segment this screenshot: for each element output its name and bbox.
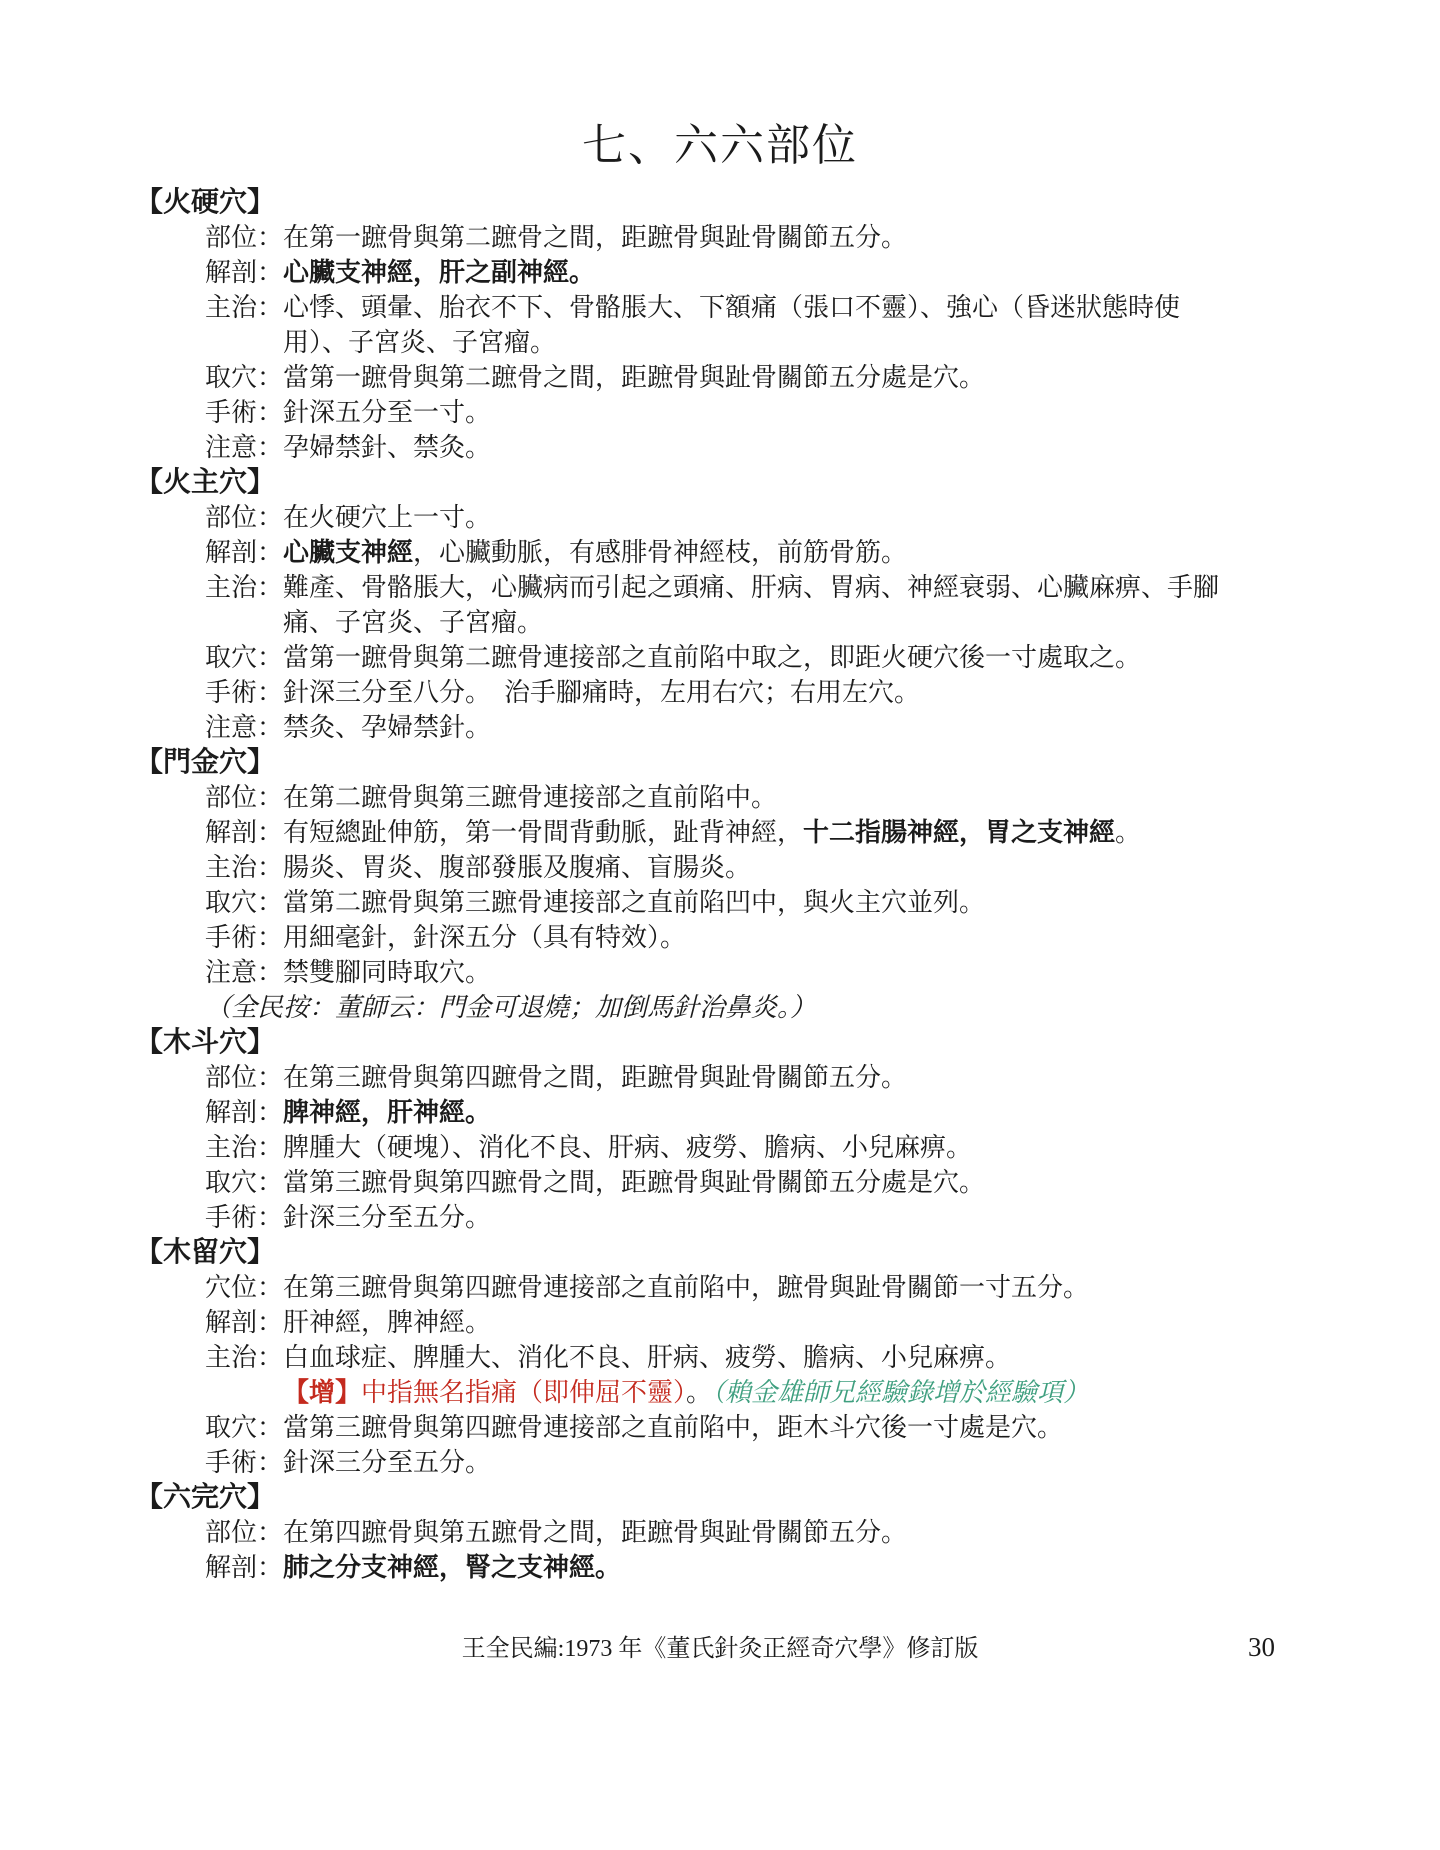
section-header: 【六完穴】 [135,1480,1340,1515]
text-segment: 孕婦禁針、禁灸。 [283,433,491,462]
field-value: 針深三分至五分。 [283,1203,491,1232]
field-value: 心悸、頭暈、胎衣不下、骨骼脹大、下額痛（張口不靈）、強心（昏迷狀態時使 用）、子… [283,293,1180,357]
acupoint-section: 【火硬穴】部位：在第一蹠骨與第二蹠骨之間，距蹠骨與趾骨關節五分。解剖：心臟支神經… [135,185,1340,465]
field-value: 針深三分至五分。 [283,1448,491,1477]
field-label: 解剖： [205,818,283,847]
text-segment: 中指無名指痛（即伸屈不靈） [361,1378,686,1407]
field-row: 注意：孕婦禁針、禁灸。 [135,430,1340,465]
field-label: 主治： [205,1133,283,1162]
field-label: 取穴： [205,1413,283,1442]
field-row: 取穴：當第一蹠骨與第二蹠骨連接部之直前陷中取之，即距火硬穴後一寸處取之。 [135,640,1340,675]
field-label: 部位： [205,503,283,532]
text-segment: 【增】 [283,1378,361,1407]
acupoint-section: 【火主穴】部位：在火硬穴上一寸。解剖：心臟支神經，心臟動脈，有感腓骨神經枝，前筋… [135,465,1340,745]
text-segment: 針深三分至八分。 治手腳痛時，左用右穴；右用左穴。 [283,678,920,707]
field-value: 在第三蹠骨與第四蹠骨連接部之直前陷中，蹠骨與趾骨關節一寸五分。 [283,1273,1089,1302]
field-value: 禁雙腳同時取穴。 [283,958,491,987]
field-value: 當第三蹠骨與第四蹠骨之間，距蹠骨與趾骨關節五分處是穴。 [283,1168,985,1197]
field-label: 手術： [205,1448,283,1477]
text-segment: 當第二蹠骨與第三蹠骨連接部之直前陷凹中，與火主穴並列。 [283,888,985,917]
field-value: 脾神經，肝神經。 [283,1098,491,1127]
field-row: 注意：禁灸、孕婦禁針。 [135,710,1340,745]
field-row: 取穴：當第三蹠骨與第四蹠骨連接部之直前陷中，距木斗穴後一寸處是穴。 [135,1410,1340,1445]
text-segment: 難產、骨骼脹大，心臟病而引起之頭痛、肝病、胃病、神經衰弱、心臟麻痹、手腳 痛、子… [283,573,1219,637]
text-segment: 針深三分至五分。 [283,1448,491,1477]
field-label: 手術： [205,1203,283,1232]
field-label: 解剖： [205,1098,283,1127]
text-segment: 當第三蹠骨與第四蹠骨連接部之直前陷中，距木斗穴後一寸處是穴。 [283,1413,1063,1442]
text-segment: 白血球症、脾腫大、消化不良、肝病、疲勞、膽病、小兒麻痹。 [283,1343,1011,1372]
text-segment: 腸炎、胃炎、腹部發脹及腹痛、盲腸炎。 [283,853,751,882]
field-value: 在火硬穴上一寸。 [283,503,491,532]
text-segment: 在第四蹠骨與第五蹠骨之間，距蹠骨與趾骨關節五分。 [283,1518,907,1547]
field-row: 手術：針深三分至五分。 [135,1200,1340,1235]
field-row: 部位：在第二蹠骨與第三蹠骨連接部之直前陷中。 [135,780,1340,815]
field-row: 主治：腸炎、胃炎、腹部發脹及腹痛、盲腸炎。 [135,850,1340,885]
field-value: （全民按：董師云：門金可退燒；加倒馬針治鼻炎。） [205,993,816,1022]
field-label: 取穴： [205,888,283,917]
text-segment: 針深五分至一寸。 [283,398,491,427]
field-row: 主治：心悸、頭暈、胎衣不下、骨骼脹大、下額痛（張口不靈）、強心（昏迷狀態時使 用… [135,290,1340,360]
field-row: 取穴：當第一蹠骨與第二蹠骨之間，距蹠骨與趾骨關節五分處是穴。 [135,360,1340,395]
field-label: 手術： [205,398,283,427]
content-area: 【火硬穴】部位：在第一蹠骨與第二蹠骨之間，距蹠骨與趾骨關節五分。解剖：心臟支神經… [135,185,1340,1585]
field-row: 手術：針深三分至五分。 [135,1445,1340,1480]
footer-credit: 王全民編:1973 年《董氏針灸正經奇穴學》修訂版 [0,1632,1440,1667]
field-row: （全民按：董師云：門金可退燒；加倒馬針治鼻炎。） [135,990,1340,1025]
field-label: 手術： [205,923,283,952]
field-value: 白血球症、脾腫大、消化不良、肝病、疲勞、膽病、小兒麻痹。 [283,1343,1011,1372]
acupoint-section: 【六完穴】部位：在第四蹠骨與第五蹠骨之間，距蹠骨與趾骨關節五分。解剖：肺之分支神… [135,1480,1340,1585]
text-segment: 在火硬穴上一寸。 [283,503,491,532]
field-label: 取穴： [205,643,283,672]
field-row: 解剖：心臟支神經，肝之副神經。 [135,255,1340,290]
acupoint-section: 【門金穴】部位：在第二蹠骨與第三蹠骨連接部之直前陷中。解剖：有短總趾伸筋，第一骨… [135,745,1340,1025]
field-label: 取穴： [205,363,283,392]
field-label: 部位： [205,223,283,252]
text-segment: 當第一蹠骨與第二蹠骨之間，距蹠骨與趾骨關節五分處是穴。 [283,363,985,392]
field-row: 解剖：有短總趾伸筋，第一骨間背動脈，趾背神經，十二指腸神經，胃之支神經。 [135,815,1340,850]
text-segment: 針深三分至五分。 [283,1203,491,1232]
document-page: 七、六六部位 【火硬穴】部位：在第一蹠骨與第二蹠骨之間，距蹠骨與趾骨關節五分。解… [0,0,1440,1850]
field-value: 在第三蹠骨與第四蹠骨之間，距蹠骨與趾骨關節五分。 [283,1063,907,1092]
field-value: 當第一蹠骨與第二蹠骨之間，距蹠骨與趾骨關節五分處是穴。 [283,363,985,392]
page-title: 七、六六部位 [0,0,1440,173]
section-header: 【火主穴】 [135,465,1340,500]
text-segment: 禁灸、孕婦禁針。 [283,713,491,742]
section-header: 【木斗穴】 [135,1025,1340,1060]
text-segment: 在第二蹠骨與第三蹠骨連接部之直前陷中。 [283,783,777,812]
page-number: 30 [1248,1630,1275,1665]
field-row: 主治：白血球症、脾腫大、消化不良、肝病、疲勞、膽病、小兒麻痹。 [135,1340,1340,1375]
field-row: 取穴：當第三蹠骨與第四蹠骨之間，距蹠骨與趾骨關節五分處是穴。 [135,1165,1340,1200]
field-label: 注意： [205,433,283,462]
text-segment: 脾腫大（硬塊）、消化不良、肝病、疲勞、膽病、小兒麻痹。 [283,1133,972,1162]
field-label: 解剖： [205,1553,283,1582]
field-value: 心臟支神經，肝之副神經。 [283,258,595,287]
field-value: 針深三分至八分。 治手腳痛時，左用右穴；右用左穴。 [283,678,920,707]
field-row: 主治：難產、骨骼脹大，心臟病而引起之頭痛、肝病、胃病、神經衰弱、心臟麻痹、手腳 … [135,570,1340,640]
field-label: 手術： [205,678,283,707]
field-value: 腸炎、胃炎、腹部發脹及腹痛、盲腸炎。 [283,853,751,882]
field-label: 取穴： [205,1168,283,1197]
field-label: 注意： [205,958,283,987]
text-segment: 有短總趾伸筋，第一骨間背動脈，趾背神經， [283,818,803,847]
text-segment: 禁雙腳同時取穴。 [283,958,491,987]
field-row: 手術：針深五分至一寸。 [135,395,1340,430]
field-row: 手術：用細毫針，針深五分（具有特效）。 [135,920,1340,955]
section-header: 【火硬穴】 [135,185,1340,220]
field-value: 在第一蹠骨與第二蹠骨之間，距蹠骨與趾骨關節五分。 [283,223,907,252]
field-row: 部位：在火硬穴上一寸。 [135,500,1340,535]
text-segment: 在第一蹠骨與第二蹠骨之間，距蹠骨與趾骨關節五分。 [283,223,907,252]
field-value: 肺之分支神經，腎之支神經。 [283,1553,621,1582]
field-value: 【增】中指無名指痛（即伸屈不靈）。（賴金雄師兄經驗錄增於經驗項） [283,1378,1089,1407]
field-row: 解剖：肺之分支神經，腎之支神經。 [135,1550,1340,1585]
field-value: 禁灸、孕婦禁針。 [283,713,491,742]
text-segment: 肝神經，脾神經。 [283,1308,491,1337]
field-value: 孕婦禁針、禁灸。 [283,433,491,462]
field-row: 取穴：當第二蹠骨與第三蹠骨連接部之直前陷凹中，與火主穴並列。 [135,885,1340,920]
field-row: 主治：脾腫大（硬塊）、消化不良、肝病、疲勞、膽病、小兒麻痹。 [135,1130,1340,1165]
field-value: 當第二蹠骨與第三蹠骨連接部之直前陷凹中，與火主穴並列。 [283,888,985,917]
field-row: 部位：在第一蹠骨與第二蹠骨之間，距蹠骨與趾骨關節五分。 [135,220,1340,255]
field-label: 解剖： [205,538,283,567]
field-value: 當第一蹠骨與第二蹠骨連接部之直前陷中取之，即距火硬穴後一寸處取之。 [283,643,1141,672]
text-segment: 心悸、頭暈、胎衣不下、骨骼脹大、下額痛（張口不靈）、強心（昏迷狀態時使 用）、子… [283,293,1180,357]
field-label: 主治： [205,1343,283,1372]
text-segment: 心臟支神經，肝之副神經。 [283,258,595,287]
field-label: 部位： [205,1063,283,1092]
field-label: 注意： [205,713,283,742]
field-row: 解剖：脾神經，肝神經。 [135,1095,1340,1130]
field-row: 部位：在第四蹠骨與第五蹠骨之間，距蹠骨與趾骨關節五分。 [135,1515,1340,1550]
text-segment: （全民按：董師云：門金可退燒；加倒馬針治鼻炎。） [205,993,816,1022]
text-segment: 。 [686,1378,712,1407]
field-row: 穴位：在第三蹠骨與第四蹠骨連接部之直前陷中，蹠骨與趾骨關節一寸五分。 [135,1270,1340,1305]
text-segment: 當第三蹠骨與第四蹠骨之間，距蹠骨與趾骨關節五分處是穴。 [283,1168,985,1197]
text-segment: 肺之分支神經，腎之支神經。 [283,1553,621,1582]
field-row: 手術：針深三分至八分。 治手腳痛時，左用右穴；右用左穴。 [135,675,1340,710]
field-value: 脾腫大（硬塊）、消化不良、肝病、疲勞、膽病、小兒麻痹。 [283,1133,972,1162]
field-label: 主治： [205,573,283,602]
text-segment: 心臟支神經 [283,538,413,567]
section-header: 【木留穴】 [135,1235,1340,1270]
field-value: 心臟支神經，心臟動脈，有感腓骨神經枝，前筋骨筋。 [283,538,907,567]
field-value: 用細毫針，針深五分（具有特效）。 [283,923,686,952]
field-value: 有短總趾伸筋，第一骨間背動脈，趾背神經，十二指腸神經，胃之支神經。 [283,818,1141,847]
field-value: 肝神經，脾神經。 [283,1308,491,1337]
text-segment: （賴金雄師兄經驗錄增於經驗項） [712,1378,1089,1407]
field-label: 部位： [205,783,283,812]
field-label: 主治： [205,853,283,882]
acupoint-section: 【木留穴】穴位：在第三蹠骨與第四蹠骨連接部之直前陷中，蹠骨與趾骨關節一寸五分。解… [135,1235,1340,1480]
field-value: 針深五分至一寸。 [283,398,491,427]
acupoint-section: 【木斗穴】部位：在第三蹠骨與第四蹠骨之間，距蹠骨與趾骨關節五分。解剖：脾神經，肝… [135,1025,1340,1235]
field-row: 部位：在第三蹠骨與第四蹠骨之間，距蹠骨與趾骨關節五分。 [135,1060,1340,1095]
field-value: 當第三蹠骨與第四蹠骨連接部之直前陷中，距木斗穴後一寸處是穴。 [283,1413,1063,1442]
text-segment: 用細毫針，針深五分（具有特效）。 [283,923,686,952]
text-segment: ，心臟動脈，有感腓骨神經枝，前筋骨筋。 [413,538,907,567]
text-segment: 十二指腸神經，胃之支神經 [803,818,1115,847]
text-segment: 脾神經，肝神經。 [283,1098,491,1127]
field-label: 部位： [205,1518,283,1547]
text-segment: 。 [1115,818,1141,847]
field-value: 在第四蹠骨與第五蹠骨之間，距蹠骨與趾骨關節五分。 [283,1518,907,1547]
text-segment: 當第一蹠骨與第二蹠骨連接部之直前陷中取之，即距火硬穴後一寸處取之。 [283,643,1141,672]
field-label: 解剖： [205,1308,283,1337]
field-label: 解剖： [205,258,283,287]
field-row: 解剖：肝神經，脾神經。 [135,1305,1340,1340]
field-row: 【增】中指無名指痛（即伸屈不靈）。（賴金雄師兄經驗錄增於經驗項） [135,1375,1340,1410]
field-value: 在第二蹠骨與第三蹠骨連接部之直前陷中。 [283,783,777,812]
text-segment: 在第三蹠骨與第四蹠骨連接部之直前陷中，蹠骨與趾骨關節一寸五分。 [283,1273,1089,1302]
field-label: 主治： [205,293,283,322]
text-segment: 在第三蹠骨與第四蹠骨之間，距蹠骨與趾骨關節五分。 [283,1063,907,1092]
field-label: 穴位： [205,1273,283,1302]
field-row: 解剖：心臟支神經，心臟動脈，有感腓骨神經枝，前筋骨筋。 [135,535,1340,570]
section-header: 【門金穴】 [135,745,1340,780]
field-row: 注意：禁雙腳同時取穴。 [135,955,1340,990]
field-value: 難產、骨骼脹大，心臟病而引起之頭痛、肝病、胃病、神經衰弱、心臟麻痹、手腳 痛、子… [283,573,1219,637]
